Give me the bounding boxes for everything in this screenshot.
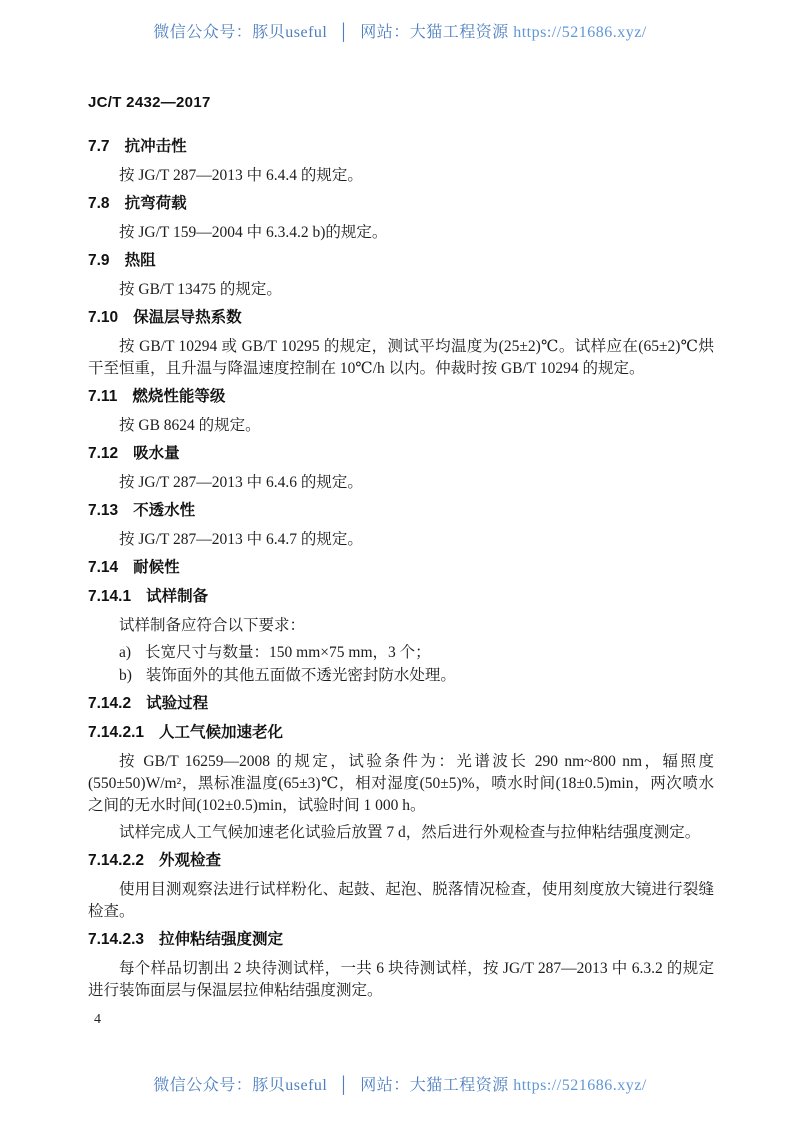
section-heading-7-8: 7.8抗弯荷载 [88, 193, 714, 214]
section-title: 不透水性 [133, 502, 195, 519]
section-paragraph: 按 JG/T 159—2004 中 6.3.4.2 b)的规定。 [88, 222, 714, 244]
section-paragraph: 按 JG/T 287—2013 中 6.4.7 的规定。 [88, 529, 714, 551]
section-paragraph: 试样制备应符合以下要求： [88, 615, 714, 637]
section-heading-7-9: 7.9热阻 [88, 250, 714, 271]
section-paragraph: 使用目测观察法进行试样粉化、起鼓、起泡、脱落情况检查，使用刻度放大镜进行裂缝检查… [88, 879, 714, 923]
list-item-text: 装饰面外的其他五面做不透光密封防水处理。 [146, 667, 456, 684]
section-number: 7.14.2 [88, 695, 131, 712]
section-heading-7-14: 7.14耐候性 [88, 557, 714, 578]
website-url-link[interactable]: https://521686.xyz/ [513, 1077, 647, 1094]
section-number: 7.14.1 [88, 588, 131, 605]
section-title: 抗冲击性 [125, 138, 187, 155]
section-heading-7-10: 7.10保温层导热系数 [88, 307, 714, 328]
list-item-text: 长宽尺寸与数量：150 mm×75 mm，3 个； [145, 644, 431, 661]
section-title: 保温层导热系数 [133, 309, 242, 326]
page-number: 4 [94, 1012, 101, 1028]
section-title: 试验过程 [146, 695, 208, 712]
section-paragraph: 按 JG/T 287—2013 中 6.4.4 的规定。 [88, 165, 714, 187]
section-title: 抗弯荷载 [125, 195, 187, 212]
bottom-watermark: 微信公众号：豚贝useful │ 网站：大猫工程资源 https://52168… [0, 1072, 800, 1095]
section-paragraph: 试样完成人工气候加速老化试验后放置 7 d，然后进行外观检查与拉伸粘结强度测定。 [88, 822, 714, 844]
section-heading-7-7: 7.7抗冲击性 [88, 136, 714, 157]
section-heading-7-12: 7.12吸水量 [88, 443, 714, 464]
section-title: 外观检查 [159, 852, 221, 869]
section-heading-7-13: 7.13不透水性 [88, 500, 714, 521]
watermark-separator: │ [332, 24, 356, 41]
section-number: 7.13 [88, 502, 118, 519]
wechat-account-label: 微信公众号：豚贝useful [153, 24, 327, 41]
website-url-link[interactable]: https://521686.xyz/ [513, 24, 647, 41]
section-title: 人工气候加速老化 [159, 724, 283, 741]
section-heading-7-14-2-1: 7.14.2.1人工气候加速老化 [88, 722, 714, 743]
section-paragraph: 按 GB/T 16259—2008 的规定，试验条件为：光谱波长 290 nm~… [88, 751, 714, 817]
top-watermark: 微信公众号：豚贝useful │ 网站：大猫工程资源 https://52168… [0, 19, 800, 42]
section-number: 7.10 [88, 309, 118, 326]
list-marker: a) [119, 644, 131, 661]
doc-number: JC/T 2432—2017 [88, 94, 211, 111]
section-paragraph: 按 GB/T 13475 的规定。 [88, 279, 714, 301]
section-title: 吸水量 [133, 445, 180, 462]
section-paragraph: 按 GB 8624 的规定。 [88, 415, 714, 437]
section-title: 燃烧性能等级 [132, 388, 225, 405]
section-title: 拉伸粘结强度测定 [159, 931, 283, 948]
section-title: 试样制备 [146, 588, 208, 605]
section-number: 7.14.2.3 [88, 931, 144, 948]
section-number: 7.9 [88, 252, 110, 269]
document-body: 7.7抗冲击性 按 JG/T 287—2013 中 6.4.4 的规定。 7.8… [88, 130, 714, 1007]
section-heading-7-14-2: 7.14.2试验过程 [88, 693, 714, 714]
section-heading-7-14-2-3: 7.14.2.3拉伸粘结强度测定 [88, 929, 714, 950]
section-number: 7.14.2.1 [88, 724, 144, 741]
section-title: 耐候性 [133, 559, 180, 576]
section-paragraph: 每个样品切割出 2 块待测试样，一共 6 块待测试样，按 JG/T 287—20… [88, 958, 714, 1002]
section-title: 热阻 [125, 252, 156, 269]
section-number: 7.14.2.2 [88, 852, 144, 869]
document-page: { "watermark": { "color": "#4c7ec0", "ur… [0, 0, 800, 1123]
section-number: 7.14 [88, 559, 118, 576]
section-number: 7.8 [88, 195, 110, 212]
section-paragraph: 按 JG/T 287—2013 中 6.4.6 的规定。 [88, 472, 714, 494]
section-number: 7.7 [88, 138, 110, 155]
website-label: 网站：大猫工程资源 [360, 24, 509, 41]
list-item-b: b)装饰面外的其他五面做不透光密封防水处理。 [88, 665, 714, 687]
section-heading-7-11: 7.11燃烧性能等级 [88, 386, 714, 407]
website-label: 网站：大猫工程资源 [360, 1077, 509, 1094]
wechat-account-label: 微信公众号：豚贝useful [153, 1077, 327, 1094]
section-paragraph: 按 GB/T 10294 或 GB/T 10295 的规定，测试平均温度为(25… [88, 336, 714, 380]
list-item-a: a)长宽尺寸与数量：150 mm×75 mm，3 个； [88, 642, 714, 664]
list-marker: b) [119, 667, 132, 684]
watermark-separator: │ [332, 1077, 356, 1094]
section-heading-7-14-1: 7.14.1试样制备 [88, 586, 714, 607]
section-heading-7-14-2-2: 7.14.2.2外观检查 [88, 850, 714, 871]
section-number: 7.11 [88, 388, 117, 405]
section-number: 7.12 [88, 445, 118, 462]
